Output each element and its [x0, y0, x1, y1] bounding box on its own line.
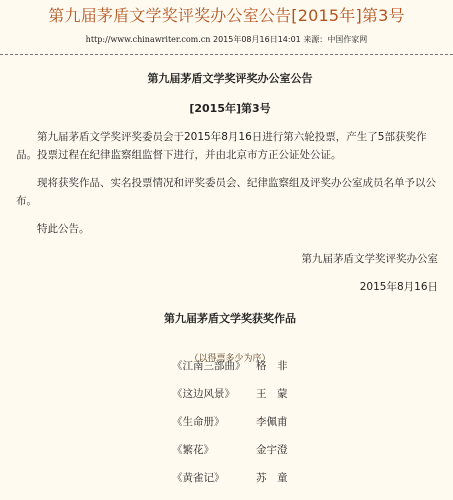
- article-body: 第九届茅盾文学奖评奖办公室公告 [2015年]第3号 第九届茅盾文学奖评奖委员会…: [16, 64, 444, 368]
- signature: 第九届茅盾文学奖评奖办公室: [16, 250, 444, 268]
- list-item: 《繁花》 金宇澄: [172, 442, 292, 458]
- list-item: 《江南三部曲》 格 非: [172, 358, 292, 374]
- publish-datetime: 2015年08月16日14:01: [213, 35, 301, 44]
- page-title: 第九届茅盾文学奖评奖办公室公告[2015年]第3号: [0, 6, 453, 26]
- work-author: 苏 童: [256, 470, 288, 486]
- source-name: 中国作家网: [327, 35, 367, 44]
- article-meta: http://www.chinawriter.com.cn 2015年08月16…: [0, 34, 453, 46]
- source-label: 来源：: [303, 35, 327, 44]
- work-author: 李佩甫: [256, 414, 288, 430]
- announcement-date: 2015年8月16日: [16, 278, 444, 296]
- paragraph-3: 特此公告。: [16, 220, 444, 238]
- work-title: 《黄雀记》: [172, 470, 225, 486]
- paragraph-2: 现将获奖作品、实名投票情况和评奖委员会、纪律监察组及评奖办公室成员名单予以公布。: [16, 174, 444, 210]
- article-page: 第九届茅盾文学奖评奖办公室公告[2015年]第3号 http://www.chi…: [0, 0, 453, 500]
- work-author: 格 非: [256, 358, 288, 374]
- work-title: 《江南三部曲》: [172, 358, 246, 374]
- work-title: 《繁花》: [172, 442, 214, 458]
- source-url[interactable]: http://www.chinawriter.com.cn: [86, 35, 211, 44]
- work-title: 《生命册》: [172, 414, 225, 430]
- list-item: 《生命册》 李佩甫: [172, 414, 292, 430]
- announcement-heading: 第九届茅盾文学奖评奖办公室公告: [16, 70, 444, 88]
- list-item: 《这边风景》 王 蒙: [172, 386, 292, 402]
- list-item: 《黄雀记》 苏 童: [172, 470, 292, 486]
- work-title: 《这边风景》: [172, 386, 235, 402]
- header-divider: [0, 54, 453, 55]
- work-author: 金宇澄: [256, 442, 288, 458]
- paragraph-1: 第九届茅盾文学奖评奖委员会于2015年8月16日进行第六轮投票，产生了5部获奖作…: [16, 128, 444, 164]
- work-author: 王 蒙: [256, 386, 288, 402]
- winners-heading: 第九届茅盾文学奖获奖作品: [16, 310, 444, 328]
- announcement-number: [2015年]第3号: [16, 100, 444, 118]
